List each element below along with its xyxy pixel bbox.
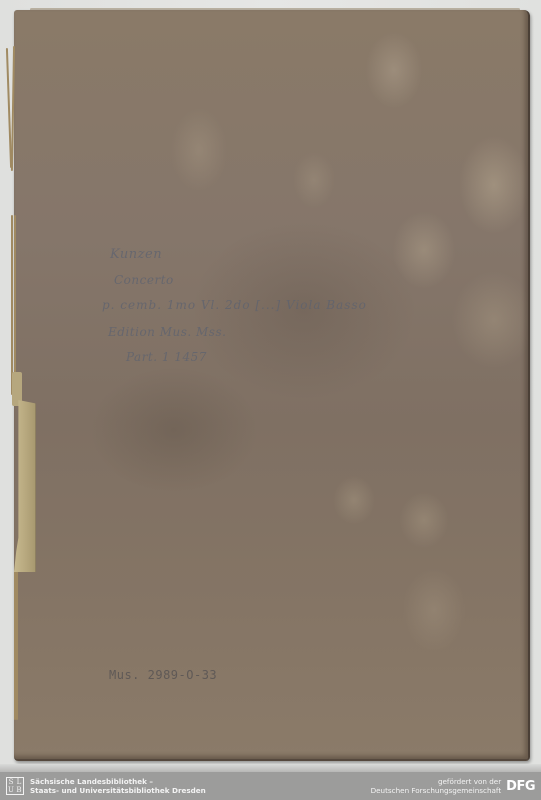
slub-name-line-1: Sächsische Landesbibliothek –	[30, 777, 206, 786]
institution-footer: S L U B Sächsische Landesbibliothek – St…	[0, 772, 541, 800]
dfg-credit-line-2: Deutschen Forschungsgemeinschaft	[371, 786, 502, 795]
slub-logo-letter: S	[7, 778, 15, 786]
slub-branding[interactable]: S L U B Sächsische Landesbibliothek – St…	[6, 777, 206, 795]
slub-name: Sächsische Landesbibliothek – Staats- un…	[30, 777, 206, 795]
footer-shadow	[0, 764, 541, 772]
dfg-branding[interactable]: gefördert von der Deutschen Forschungsge…	[371, 777, 535, 795]
document-viewer: Kunzen Concerto p. cemb. 1mo Vl. 2do [..…	[0, 0, 541, 800]
slub-name-line-2: Staats- und Universitätsbibliothek Dresd…	[30, 786, 206, 795]
slub-logo-letter: U	[7, 786, 15, 794]
dfg-logo-icon: DFG	[506, 779, 535, 794]
binding-thread	[16, 570, 18, 720]
handwriting-line-5: Part. 1 1457	[126, 350, 207, 364]
handwriting-line-2: Concerto	[114, 273, 174, 287]
dfg-credit: gefördert von der Deutschen Forschungsge…	[371, 777, 502, 795]
binding-thread	[14, 215, 16, 395]
manuscript-cover: Kunzen Concerto p. cemb. 1mo Vl. 2do [..…	[14, 10, 530, 761]
handwriting-line-1: Kunzen	[110, 247, 162, 262]
handwriting-line-3: p. cemb. 1mo Vl. 2do [...] Viola Basso	[102, 298, 367, 312]
handwriting-line-4: Edition Mus. Mss.	[108, 325, 226, 339]
shelfmark-stamp: Mus. 2989-O-33	[109, 668, 217, 682]
binding-thread	[11, 215, 13, 395]
slub-logo-letter: B	[15, 786, 23, 794]
slub-logo-icon: S L U B	[6, 777, 24, 795]
dfg-credit-line-1: gefördert von der	[371, 777, 502, 786]
slub-logo-letter: L	[15, 778, 23, 786]
